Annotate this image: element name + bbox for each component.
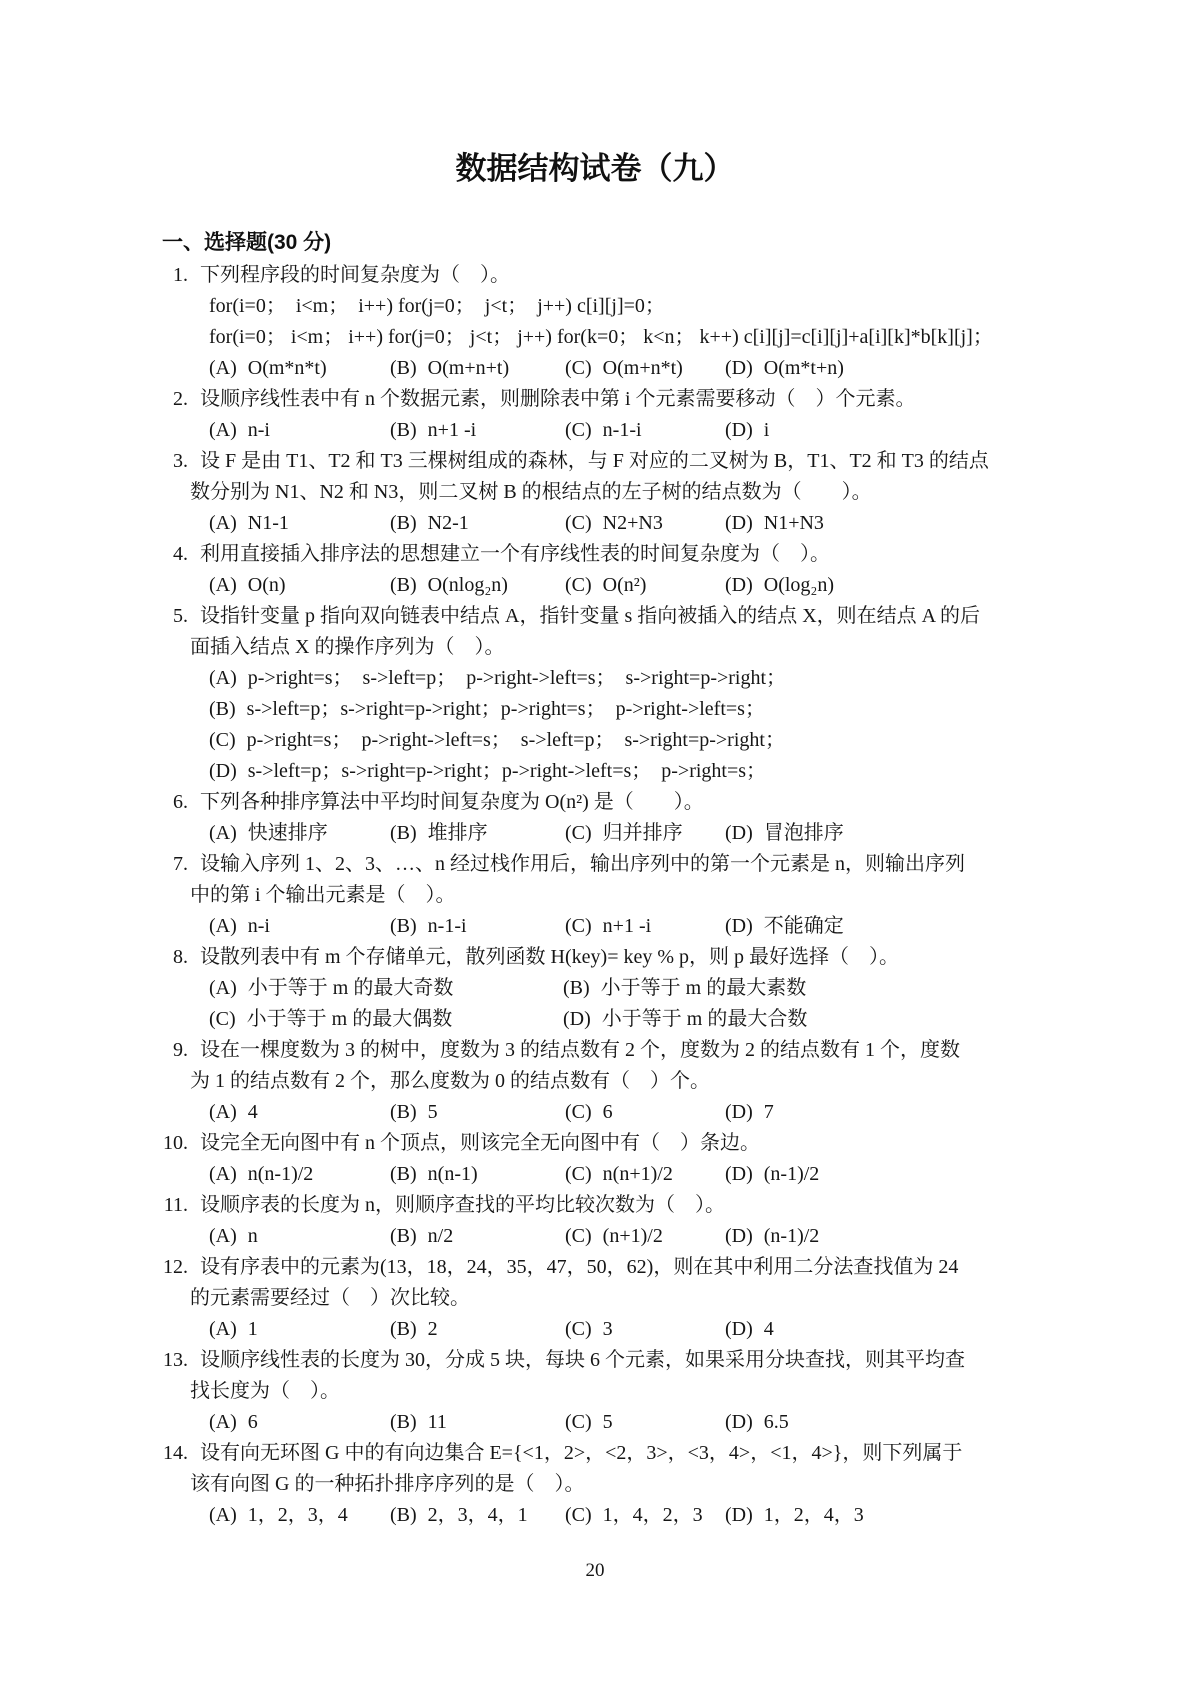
option-C: (C)1，4，2，3 <box>565 1500 725 1531</box>
code-line: for(i=0； i<m； i++) for(j=0； j<t； j++) c[… <box>209 291 1062 322</box>
question-1: 1.下列程序段的时间复杂度为（ ）。 for(i=0； i<m； i++) fo… <box>162 260 1062 384</box>
option-A: (A)O(m*n*t) <box>209 353 390 384</box>
option-text-A: 1，2，3，4 <box>248 1504 348 1526</box>
option-text-A: 4 <box>248 1101 258 1123</box>
option-A: (A)6 <box>209 1407 390 1438</box>
option-label-D: (D) <box>725 574 753 596</box>
question-10: 10.设完全无向图中有 n 个顶点，则该完全无向图中有（ ）条边。 (A)n(n… <box>162 1128 1062 1190</box>
question-lines: 8.设散列表中有 m 个存储单元，散列函数 H(key)= key % p，则 … <box>190 942 1062 973</box>
option-text-D: O(m*t+n) <box>764 357 844 379</box>
option-text-D: N1+N3 <box>764 512 824 534</box>
question-text: 该有向图 G 的一种拓扑排序序列的是（ ）。 <box>190 1473 584 1495</box>
page-number: 20 <box>0 1558 1190 1584</box>
option-B: (B)5 <box>390 1097 565 1128</box>
question-options: (A)快速排序(B)堆排序(C)归并排序(D)冒泡排序 <box>209 818 1062 849</box>
option-B: (B)堆排序 <box>390 818 565 849</box>
option-D: (D)N1+N3 <box>725 508 1062 539</box>
option-label-A: (A) <box>209 357 237 379</box>
option-label-A: (A) <box>209 419 237 441</box>
option-text-A: n(n-1)/2 <box>248 1163 314 1185</box>
question-list: 1.下列程序段的时间复杂度为（ ）。 for(i=0； i<m； i++) fo… <box>162 260 1062 1531</box>
question-2: 2.设顺序线性表中有 n 个数据元素，则删除表中第 i 个元素需要移动（ ）个元… <box>162 384 1062 446</box>
option-text-D: 1，2，4，3 <box>764 1504 864 1526</box>
question-9: 9.设在一棵度数为 3 的树中，度数为 3 的结点数有 2 个，度数为 2 的结… <box>162 1035 1062 1128</box>
option-B: (B)2，3，4，1 <box>390 1500 565 1531</box>
option-A: (A)4 <box>209 1097 390 1128</box>
option-label-B: (B) <box>390 1163 417 1185</box>
option-B: (B)n(n-1) <box>390 1159 565 1190</box>
exam-page: 数据结构试卷（九） 一、选择题(30 分) 1.下列程序段的时间复杂度为（ ）。… <box>0 0 1190 1683</box>
option-label-B: (B) <box>390 1504 417 1526</box>
option-text-C: O(m+n*t) <box>603 357 683 379</box>
question-text: 设完全无向图中有 n 个顶点，则该完全无向图中有（ ）条边。 <box>200 1132 760 1154</box>
option-D: (D)(n-1)/2 <box>725 1159 1062 1190</box>
option-text-C: 3 <box>603 1318 613 1340</box>
question-text: 为 1 的结点数有 2 个，那么度数为 0 的结点数有（ ）个。 <box>190 1070 710 1092</box>
question-line: 9.设在一棵度数为 3 的树中，度数为 3 的结点数有 2 个，度数为 2 的结… <box>190 1035 1062 1066</box>
question-options: (A)n-i(B)n-1-i(C)n+1 -i(D)不能确定 <box>209 911 1062 942</box>
option-label-D: (D) <box>725 1101 753 1123</box>
option-text-B: 2 <box>428 1318 438 1340</box>
option-text-A: 快速排序 <box>248 822 328 844</box>
option-label-A: (A) <box>209 1225 237 1247</box>
option-text-C: p->right=s； p->right->left=s； s->left=p；… <box>247 729 785 751</box>
question-line: 为 1 的结点数有 2 个，那么度数为 0 的结点数有（ ）个。 <box>190 1066 1062 1097</box>
question-line: 7.设输入序列 1、2、3、…、n 经过栈作用后，输出序列中的第一个元素是 n，… <box>190 849 1062 880</box>
question-lines: 13.设顺序线性表的长度为 30，分成 5 块，每块 6 个元素，如果采用分块查… <box>190 1345 1062 1407</box>
option-label-D: (D) <box>725 1318 753 1340</box>
question-line: 8.设散列表中有 m 个存储单元，散列函数 H(key)= key % p，则 … <box>190 942 1062 973</box>
question-number: 10. <box>162 1128 188 1159</box>
option-label-C: (C) <box>565 822 592 844</box>
option-label-B: (B) <box>390 1411 417 1433</box>
option-label-A: (A) <box>209 667 237 689</box>
question-options: (A)n-i(B)n+1 -i(C)n-1-i(D)i <box>209 415 1062 446</box>
option-label-D: (D) <box>725 419 753 441</box>
option-D: (D)(n-1)/2 <box>725 1221 1062 1252</box>
question-line: 13.设顺序线性表的长度为 30，分成 5 块，每块 6 个元素，如果采用分块查… <box>190 1345 1062 1376</box>
question-text: 设有向无环图 G 中的有向边集合 E={<1，2>，<2，3>，<3，4>，<1… <box>200 1442 962 1464</box>
option-label-B: (B) <box>390 574 417 596</box>
option-A: (A)小于等于 m 的最大奇数 <box>209 973 563 1004</box>
option-C: (C)n-1-i <box>565 415 725 446</box>
option-label-D: (D) <box>725 512 753 534</box>
question-code: for(i=0； i<m； i++) for(j=0； j<t； j++) c[… <box>190 291 1062 353</box>
question-number: 2. <box>162 384 188 415</box>
option-B: (B)N2-1 <box>390 508 565 539</box>
question-lines: 5.设指针变量 p 指向双向链表中结点 A，指针变量 s 指向被插入的结点 X，… <box>190 601 1062 663</box>
option-A: (A)p->right=s； s->left=p； p->right->left… <box>209 663 1062 694</box>
option-C: (C)6 <box>565 1097 725 1128</box>
option-text-C: n+1 -i <box>603 915 652 937</box>
question-line: 中的第 i 个输出元素是（ ）。 <box>190 880 1062 911</box>
option-text-C: O(n²) <box>603 574 647 596</box>
question-lines: 10.设完全无向图中有 n 个顶点，则该完全无向图中有（ ）条边。 <box>190 1128 1062 1159</box>
option-text-D: (n-1)/2 <box>764 1225 820 1247</box>
option-text-B: s->left=p；s->right=p->right；p->right=s； … <box>247 698 765 720</box>
option-B: (B)n-1-i <box>390 911 565 942</box>
option-C: (C)(n+1)/2 <box>565 1221 725 1252</box>
option-label-A: (A) <box>209 574 237 596</box>
question-13: 13.设顺序线性表的长度为 30，分成 5 块，每块 6 个元素，如果采用分块查… <box>162 1345 1062 1438</box>
option-C: (C)p->right=s； p->right->left=s； s->left… <box>209 725 1062 756</box>
question-text: 下列程序段的时间复杂度为（ ）。 <box>200 264 510 286</box>
option-text-C: n-1-i <box>603 419 642 441</box>
question-number: 12. <box>162 1252 188 1283</box>
question-lines: 2.设顺序线性表中有 n 个数据元素，则删除表中第 i 个元素需要移动（ ）个元… <box>190 384 1062 415</box>
option-label-B: (B) <box>390 1318 417 1340</box>
question-11: 11.设顺序表的长度为 n，则顺序查找的平均比较次数为（ ）。 (A)n(B)n… <box>162 1190 1062 1252</box>
option-text-B: 小于等于 m 的最大素数 <box>601 977 807 999</box>
option-D: (D)冒泡排序 <box>725 818 1062 849</box>
question-options: (A)N1-1(B)N2-1(C)N2+N3(D)N1+N3 <box>209 508 1062 539</box>
question-text: 设在一棵度数为 3 的树中，度数为 3 的结点数有 2 个，度数为 2 的结点数… <box>200 1039 960 1061</box>
option-label-C: (C) <box>565 1101 592 1123</box>
option-label-B: (B) <box>209 698 236 720</box>
question-line: 该有向图 G 的一种拓扑排序序列的是（ ）。 <box>190 1469 1062 1500</box>
option-text-B: 11 <box>428 1411 447 1433</box>
question-lines: 11.设顺序表的长度为 n，则顺序查找的平均比较次数为（ ）。 <box>190 1190 1062 1221</box>
option-label-C: (C) <box>565 357 592 379</box>
question-lines: 14.设有向无环图 G 中的有向边集合 E={<1，2>，<2，3>，<3，4>… <box>190 1438 1062 1500</box>
question-line: 2.设顺序线性表中有 n 个数据元素，则删除表中第 i 个元素需要移动（ ）个元… <box>190 384 1062 415</box>
section-heading: 一、选择题(30 分) <box>162 228 1062 258</box>
question-line: 11.设顺序表的长度为 n，则顺序查找的平均比较次数为（ ）。 <box>190 1190 1062 1221</box>
question-options: (A)O(m*n*t)(B)O(m+n+t)(C)O(m+n*t)(D)O(m*… <box>209 353 1062 384</box>
question-options: (A)1(B)2(C)3(D)4 <box>209 1314 1062 1345</box>
question-text: 设输入序列 1、2、3、…、n 经过栈作用后，输出序列中的第一个元素是 n，则输… <box>200 853 965 875</box>
option-text-B: 5 <box>428 1101 438 1123</box>
question-number: 14. <box>162 1438 188 1469</box>
option-label-D: (D) <box>725 915 753 937</box>
question-lines: 1.下列程序段的时间复杂度为（ ）。 <box>190 260 1062 291</box>
option-text-C: 归并排序 <box>603 822 683 844</box>
question-options: (A)6(B)11(C)5(D)6.5 <box>209 1407 1062 1438</box>
question-6: 6.下列各种排序算法中平均时间复杂度为 O(n²) 是（ ）。 (A)快速排序(… <box>162 787 1062 849</box>
question-line: 面插入结点 X 的操作序列为（ ）。 <box>190 632 1062 663</box>
question-options: (A)小于等于 m 的最大奇数(B)小于等于 m 的最大素数(C)小于等于 m … <box>209 973 1062 1035</box>
option-label-C: (C) <box>565 512 592 534</box>
option-C: (C)O(m+n*t) <box>565 353 725 384</box>
question-text: 找长度为（ ）。 <box>190 1380 340 1402</box>
option-text-B: n/2 <box>428 1225 454 1247</box>
option-A: (A)1，2，3，4 <box>209 1500 390 1531</box>
option-label-C: (C) <box>565 1504 592 1526</box>
option-label-A: (A) <box>209 915 237 937</box>
option-text-D: (n-1)/2 <box>764 1163 820 1185</box>
question-number: 1. <box>162 260 188 291</box>
option-label-A: (A) <box>209 1411 237 1433</box>
option-text-C: N2+N3 <box>603 512 663 534</box>
question-line: 10.设完全无向图中有 n 个顶点，则该完全无向图中有（ ）条边。 <box>190 1128 1062 1159</box>
option-D: (D)7 <box>725 1097 1062 1128</box>
question-8: 8.设散列表中有 m 个存储单元，散列函数 H(key)= key % p，则 … <box>162 942 1062 1035</box>
question-text: 数分别为 N1、N2 和 N3，则二叉树 B 的根结点的左子树的结点数为（ ）。 <box>190 481 872 503</box>
question-text: 设顺序线性表的长度为 30，分成 5 块，每块 6 个元素，如果采用分块查找，则… <box>200 1349 965 1371</box>
option-text-B: N2-1 <box>428 512 469 534</box>
option-label-C: (C) <box>565 1411 592 1433</box>
page-content: 一、选择题(30 分) 1.下列程序段的时间复杂度为（ ）。 for(i=0； … <box>162 228 1062 1531</box>
question-text: 的元素需要经过（ ）次比较。 <box>190 1287 470 1309</box>
option-text-A: 6 <box>248 1411 258 1433</box>
option-D: (D)1，2，4，3 <box>725 1500 1062 1531</box>
question-options: (A)1，2，3，4(B)2，3，4，1(C)1，4，2，3(D)1，2，4，3 <box>209 1500 1062 1531</box>
option-label-B: (B) <box>390 357 417 379</box>
question-text: 设指针变量 p 指向双向链表中结点 A，指针变量 s 指向被插入的结点 X，则在… <box>200 605 980 627</box>
option-label-D: (D) <box>563 1008 591 1030</box>
question-line: 1.下列程序段的时间复杂度为（ ）。 <box>190 260 1062 291</box>
question-line: 的元素需要经过（ ）次比较。 <box>190 1283 1062 1314</box>
option-text-D: O(log₂n) <box>764 574 834 596</box>
option-text-A: n-i <box>248 915 270 937</box>
option-label-D: (D) <box>725 822 753 844</box>
option-text-D: 不能确定 <box>764 915 844 937</box>
question-lines: 4.利用直接插入排序法的思想建立一个有序线性表的时间复杂度为（ ）。 <box>190 539 1062 570</box>
option-text-D: 冒泡排序 <box>764 822 844 844</box>
option-text-A: 小于等于 m 的最大奇数 <box>248 977 454 999</box>
option-D: (D)i <box>725 415 1062 446</box>
option-label-B: (B) <box>390 915 417 937</box>
question-number: 6. <box>162 787 188 818</box>
question-options: (A)p->right=s； s->left=p； p->right->left… <box>209 663 1062 787</box>
option-text-A: 1 <box>248 1318 258 1340</box>
question-line: 数分别为 N1、N2 和 N3，则二叉树 B 的根结点的左子树的结点数为（ ）。 <box>190 477 1062 508</box>
option-D: (D)O(m*t+n) <box>725 353 1062 384</box>
option-text-B: 2，3，4，1 <box>428 1504 528 1526</box>
question-line: 4.利用直接插入排序法的思想建立一个有序线性表的时间复杂度为（ ）。 <box>190 539 1062 570</box>
option-B: (B)O(nlog₂n) <box>390 570 565 601</box>
option-text-D: 7 <box>764 1101 774 1123</box>
question-14: 14.设有向无环图 G 中的有向边集合 E={<1，2>，<2，3>，<3，4>… <box>162 1438 1062 1531</box>
option-text-C: 小于等于 m 的最大偶数 <box>247 1008 453 1030</box>
option-text-C: 1，4，2，3 <box>603 1504 703 1526</box>
option-text-A: N1-1 <box>248 512 289 534</box>
question-text: 设 F 是由 T1、T2 和 T3 三棵树组成的森林，与 F 对应的二叉树为 B… <box>200 450 989 472</box>
option-D: (D)4 <box>725 1314 1062 1345</box>
option-text-C: (n+1)/2 <box>603 1225 663 1247</box>
option-label-C: (C) <box>565 1225 592 1247</box>
question-lines: 6.下列各种排序算法中平均时间复杂度为 O(n²) 是（ ）。 <box>190 787 1062 818</box>
option-B: (B)11 <box>390 1407 565 1438</box>
option-A: (A)快速排序 <box>209 818 390 849</box>
option-A: (A)n(n-1)/2 <box>209 1159 390 1190</box>
question-text: 设散列表中有 m 个存储单元，散列函数 H(key)= key % p，则 p … <box>200 946 899 968</box>
option-D: (D)O(log₂n) <box>725 570 1062 601</box>
question-number: 13. <box>162 1345 188 1376</box>
option-C: (C)N2+N3 <box>565 508 725 539</box>
option-label-C: (C) <box>209 1008 236 1030</box>
option-label-B: (B) <box>390 1101 417 1123</box>
option-label-C: (C) <box>565 915 592 937</box>
option-text-B: n-1-i <box>428 915 467 937</box>
option-text-B: n+1 -i <box>428 419 477 441</box>
option-text-A: n <box>248 1225 258 1247</box>
option-label-B: (B) <box>390 512 417 534</box>
option-label-A: (A) <box>209 1101 237 1123</box>
option-label-A: (A) <box>209 1163 237 1185</box>
option-label-A: (A) <box>209 977 237 999</box>
option-B: (B)小于等于 m 的最大素数 <box>563 973 1062 1004</box>
option-text-A: O(m*n*t) <box>248 357 327 379</box>
option-label-D: (D) <box>725 1411 753 1433</box>
option-label-D: (D) <box>725 1163 753 1185</box>
option-text-B: O(nlog₂n) <box>428 574 508 596</box>
question-lines: 3.设 F 是由 T1、T2 和 T3 三棵树组成的森林，与 F 对应的二叉树为… <box>190 446 1062 508</box>
option-A: (A)O(n) <box>209 570 390 601</box>
option-text-D: 6.5 <box>764 1411 789 1433</box>
option-label-A: (A) <box>209 1318 237 1340</box>
question-number: 7. <box>162 849 188 880</box>
question-text: 利用直接插入排序法的思想建立一个有序线性表的时间复杂度为（ ）。 <box>200 543 830 565</box>
question-options: (A)n(B)n/2(C)(n+1)/2(D)(n-1)/2 <box>209 1221 1062 1252</box>
option-label-B: (B) <box>390 1225 417 1247</box>
question-number: 8. <box>162 942 188 973</box>
option-label-A: (A) <box>209 822 237 844</box>
question-number: 9. <box>162 1035 188 1066</box>
option-label-C: (C) <box>565 1163 592 1185</box>
option-C: (C)5 <box>565 1407 725 1438</box>
page-title: 数据结构试卷（九） <box>0 0 1190 188</box>
question-number: 4. <box>162 539 188 570</box>
question-number: 5. <box>162 601 188 632</box>
question-options: (A)4(B)5(C)6(D)7 <box>209 1097 1062 1128</box>
option-text-B: 堆排序 <box>428 822 488 844</box>
question-lines: 7.设输入序列 1、2、3、…、n 经过栈作用后，输出序列中的第一个元素是 n，… <box>190 849 1062 911</box>
question-line: 6.下列各种排序算法中平均时间复杂度为 O(n²) 是（ ）。 <box>190 787 1062 818</box>
question-line: 3.设 F 是由 T1、T2 和 T3 三棵树组成的森林，与 F 对应的二叉树为… <box>190 446 1062 477</box>
code-line: for(i=0； i<m； i++) for(j=0； j<t； j++) fo… <box>209 322 1062 353</box>
option-label-B: (B) <box>563 977 590 999</box>
option-text-D: 小于等于 m 的最大合数 <box>602 1008 808 1030</box>
option-text-C: n(n+1)/2 <box>603 1163 673 1185</box>
option-text-C: 5 <box>603 1411 613 1433</box>
option-text-C: 6 <box>603 1101 613 1123</box>
question-options: (A)n(n-1)/2(B)n(n-1)(C)n(n+1)/2(D)(n-1)/… <box>209 1159 1062 1190</box>
option-text-A: n-i <box>248 419 270 441</box>
option-C: (C)小于等于 m 的最大偶数 <box>209 1004 563 1035</box>
question-text: 设顺序线性表中有 n 个数据元素，则删除表中第 i 个元素需要移动（ ）个元素。 <box>200 388 916 410</box>
option-D: (D)小于等于 m 的最大合数 <box>563 1004 1062 1035</box>
option-A: (A)n-i <box>209 911 390 942</box>
question-text: 设顺序表的长度为 n，则顺序查找的平均比较次数为（ ）。 <box>200 1194 725 1216</box>
question-text: 中的第 i 个输出元素是（ ）。 <box>190 884 456 906</box>
option-label-C: (C) <box>565 419 592 441</box>
question-line: 5.设指针变量 p 指向双向链表中结点 A，指针变量 s 指向被插入的结点 X，… <box>190 601 1062 632</box>
option-text-A: O(n) <box>248 574 286 596</box>
question-7: 7.设输入序列 1、2、3、…、n 经过栈作用后，输出序列中的第一个元素是 n，… <box>162 849 1062 942</box>
option-label-D: (D) <box>725 1225 753 1247</box>
option-label-C: (C) <box>565 1318 592 1340</box>
option-label-D: (D) <box>725 357 753 379</box>
option-text-A: p->right=s； s->left=p； p->right->left=s；… <box>248 667 786 689</box>
option-D: (D)不能确定 <box>725 911 1062 942</box>
option-label-C: (C) <box>209 729 236 751</box>
question-text: 面插入结点 X 的操作序列为（ ）。 <box>190 636 504 658</box>
question-12: 12.设有序表中的元素为(13，18，24，35，47，50，62)，则在其中利… <box>162 1252 1062 1345</box>
question-line: 12.设有序表中的元素为(13，18，24，35，47，50，62)，则在其中利… <box>190 1252 1062 1283</box>
option-A: (A)1 <box>209 1314 390 1345</box>
option-B: (B)2 <box>390 1314 565 1345</box>
question-number: 3. <box>162 446 188 477</box>
option-text-B: n(n-1) <box>428 1163 478 1185</box>
question-3: 3.设 F 是由 T1、T2 和 T3 三棵树组成的森林，与 F 对应的二叉树为… <box>162 446 1062 539</box>
option-text-D: 4 <box>764 1318 774 1340</box>
option-label-D: (D) <box>209 760 237 782</box>
option-label-A: (A) <box>209 1504 237 1526</box>
option-A: (A)n <box>209 1221 390 1252</box>
question-lines: 12.设有序表中的元素为(13，18，24，35，47，50，62)，则在其中利… <box>190 1252 1062 1314</box>
question-line: 14.设有向无环图 G 中的有向边集合 E={<1，2>，<2，3>，<3，4>… <box>190 1438 1062 1469</box>
question-4: 4.利用直接插入排序法的思想建立一个有序线性表的时间复杂度为（ ）。 (A)O(… <box>162 539 1062 601</box>
option-label-D: (D) <box>725 1504 753 1526</box>
option-label-B: (B) <box>390 419 417 441</box>
option-B: (B)n+1 -i <box>390 415 565 446</box>
question-text: 设有序表中的元素为(13，18，24，35，47，50，62)，则在其中利用二分… <box>200 1256 958 1278</box>
option-D: (D)s->left=p；s->right=p->right；p->right-… <box>209 756 1062 787</box>
option-B: (B)O(m+n+t) <box>390 353 565 384</box>
question-lines: 9.设在一棵度数为 3 的树中，度数为 3 的结点数有 2 个，度数为 2 的结… <box>190 1035 1062 1097</box>
option-A: (A)N1-1 <box>209 508 390 539</box>
option-B: (B)s->left=p；s->right=p->right；p->right=… <box>209 694 1062 725</box>
question-line: 找长度为（ ）。 <box>190 1376 1062 1407</box>
option-C: (C)n+1 -i <box>565 911 725 942</box>
option-A: (A)n-i <box>209 415 390 446</box>
option-text-D: i <box>764 419 770 441</box>
option-text-D: s->left=p；s->right=p->right；p->right->le… <box>248 760 766 782</box>
question-options: (A)O(n)(B)O(nlog₂n)(C)O(n²)(D)O(log₂n) <box>209 570 1062 601</box>
option-C: (C)归并排序 <box>565 818 725 849</box>
option-C: (C)3 <box>565 1314 725 1345</box>
question-5: 5.设指针变量 p 指向双向链表中结点 A，指针变量 s 指向被插入的结点 X，… <box>162 601 1062 787</box>
option-label-C: (C) <box>565 574 592 596</box>
question-text: 下列各种排序算法中平均时间复杂度为 O(n²) 是（ ）。 <box>200 791 704 813</box>
option-D: (D)6.5 <box>725 1407 1062 1438</box>
question-number: 11. <box>162 1190 188 1221</box>
option-label-B: (B) <box>390 822 417 844</box>
option-text-B: O(m+n+t) <box>428 357 509 379</box>
option-label-A: (A) <box>209 512 237 534</box>
option-C: (C)n(n+1)/2 <box>565 1159 725 1190</box>
option-B: (B)n/2 <box>390 1221 565 1252</box>
option-C: (C)O(n²) <box>565 570 725 601</box>
